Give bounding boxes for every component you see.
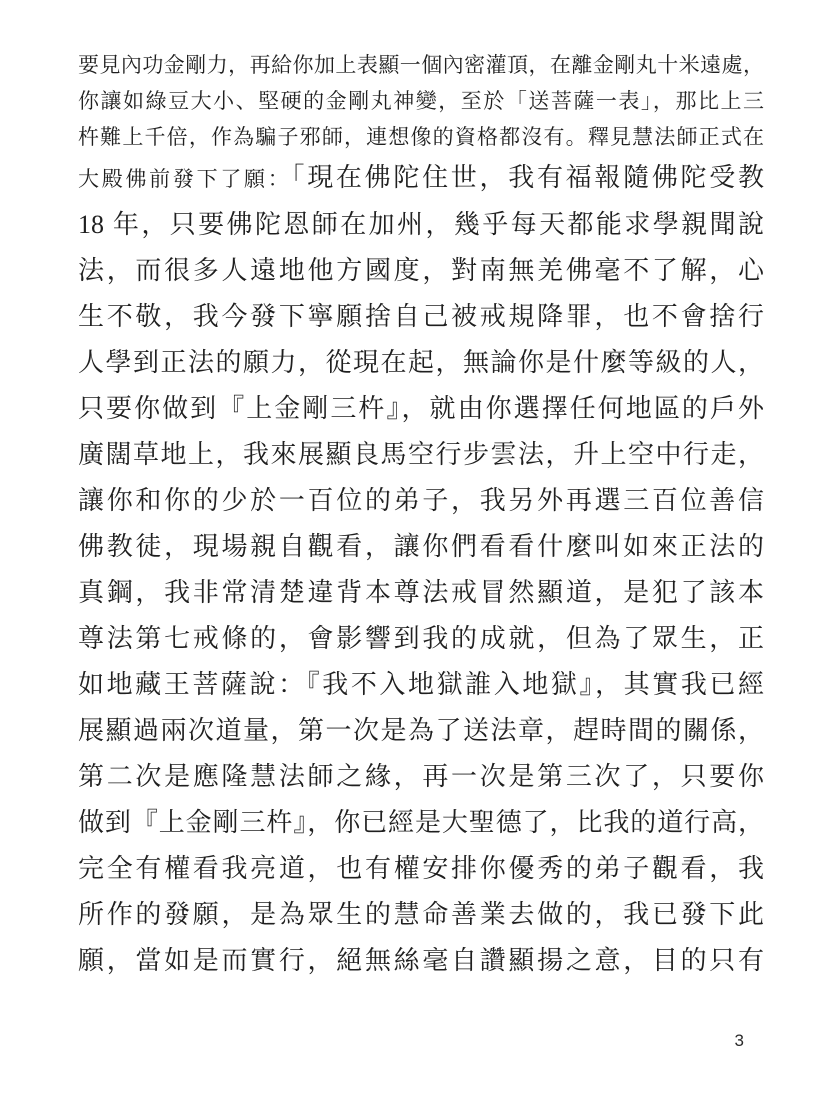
text-line-14: 尊法第七戒條的，會影響到我的成就，但為了眾生，正: [78, 616, 764, 662]
text-line-8: 人學到正法的願力，從現在起，無論你是什麼等級的人，: [78, 340, 764, 386]
text-segment: 「現在佛陀住世，我有福報隨佛陀受教: [291, 163, 764, 192]
text-line-5: 18 年，只要佛陀恩師在加州，幾乎每天都能求學親聞說: [78, 202, 764, 248]
text-line-15: 如地藏王菩薩說：『我不入地獄誰入地獄』，其實我已經: [78, 662, 764, 708]
text-line-21: 願，當如是而實行，絕無絲毫自讚顯揚之意，目的只有: [78, 938, 764, 984]
text-line-4: 大殿佛前發下了願：「現在佛陀住世，我有福報隨佛陀受教: [78, 155, 764, 202]
text-line-9: 只要你做到『上金剛三杵』，就由你選擇任何地區的戶外: [78, 386, 764, 432]
text-line-13: 真鋼，我非常清楚違背本尊法戒冒然顯道，是犯了該本: [78, 570, 764, 616]
text-block: 要見內功金剛力，再給你加上表顯一個內密灌頂，在離金剛丸十米遠處，你讓如綠豆大小、…: [0, 0, 840, 984]
text-line-20: 所作的發願，是為眾生的慧命善業去做的，我已發下此: [78, 892, 764, 938]
text-line-19: 完全有權看我亮道，也有權安排你優秀的弟子觀看，我: [78, 846, 764, 892]
text-line-10: 廣闊草地上，我來展顯良馬空行步雲法，升上空中行走，: [78, 432, 764, 478]
text-line-16: 展顯過兩次道量，第一次是為了送法章，趕時間的關係，: [78, 708, 764, 754]
text-line-3: 杵難上千倍，作為騙子邪師，連想像的資格都沒有。釋見慧法師正式在: [78, 119, 764, 155]
page-footer: 3: [0, 1030, 840, 1052]
text-line-11: 讓你和你的少於一百位的弟子，我另外再選三百位善信: [78, 478, 764, 524]
text-line-1: 要見內功金剛力，再給你加上表顯一個內密灌頂，在離金剛丸十米遠處，: [78, 47, 764, 83]
text-line-12: 佛教徒，現場親自觀看，讓你們看看什麼叫如來正法的: [78, 524, 764, 570]
text-line-2: 你讓如綠豆大小、堅硬的金剛丸神變，至於「送菩薩一表」，那比上三: [78, 83, 764, 119]
text-line-18: 做到『上金剛三杵』，你已經是大聖德了，比我的道行高，: [78, 800, 764, 846]
text-segment: 大殿佛前發下了願：: [78, 167, 291, 191]
text-line-17: 第二次是應隆慧法師之緣，再一次是第三次了，只要你: [78, 754, 764, 800]
text-line-7: 生不敬，我今發下寧願捨自己被戒規降罪，也不會捨行: [78, 294, 764, 340]
text-line-6: 法，而很多人遠地他方國度，對南無羌佛毫不了解，心: [78, 248, 764, 294]
document-page: 要見內功金剛力，再給你加上表顯一個內密灌頂，在離金剛丸十米遠處，你讓如綠豆大小、…: [0, 0, 840, 1099]
page-number: 3: [735, 1031, 744, 1050]
